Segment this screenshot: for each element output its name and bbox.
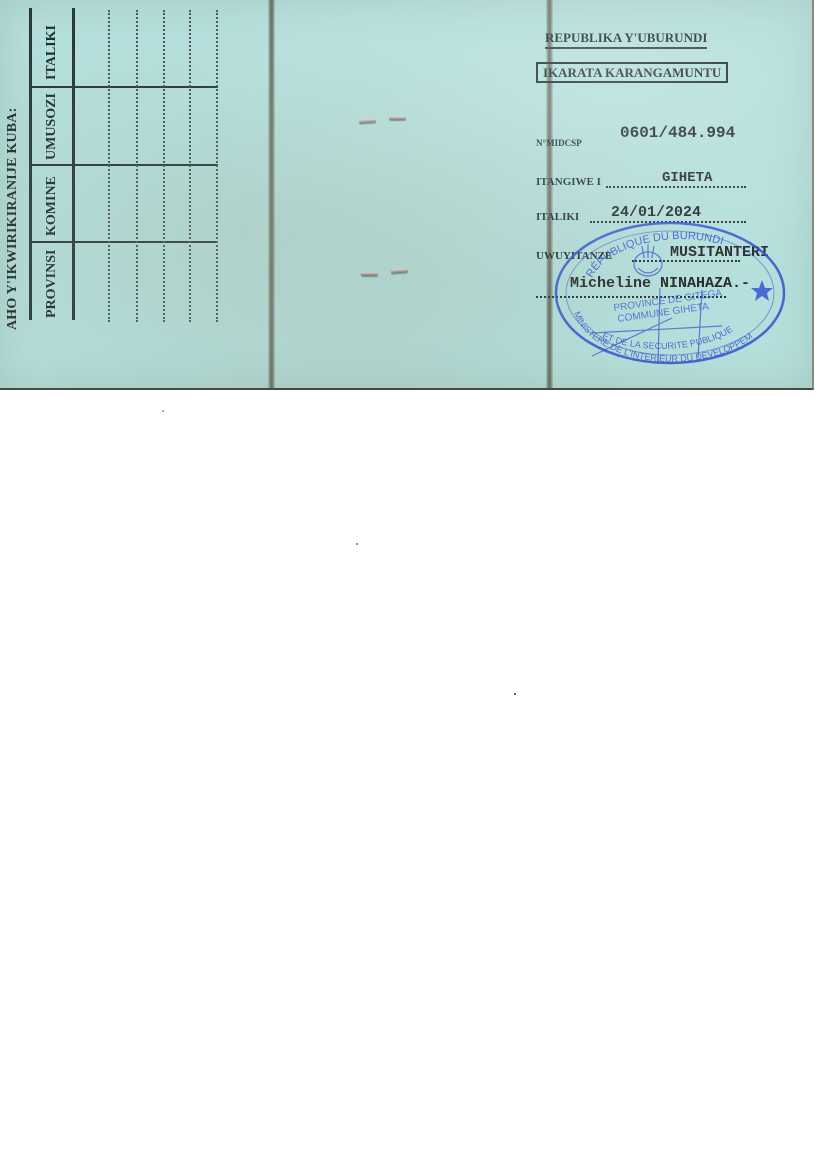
issued-at-line bbox=[606, 186, 746, 188]
issuer-label: UWUYITANZE bbox=[536, 250, 612, 262]
scan-speck bbox=[514, 693, 516, 695]
table-row-line bbox=[108, 10, 110, 322]
country-heading: REPUBLIKA Y'UBURUNDI bbox=[545, 30, 707, 49]
date-label: ITALIKI bbox=[536, 211, 579, 223]
table-row-line bbox=[163, 10, 165, 322]
star-icon bbox=[751, 280, 773, 301]
staple-icon bbox=[391, 268, 408, 273]
residence-table-title: AHO Y'IKWIRIKIRANIJE KUBA: bbox=[5, 108, 21, 330]
issued-at-value: GIHETA bbox=[662, 170, 712, 186]
official-stamp: RÉPUBLIQUE DU BURUNDI PROVINCE DE GITEGA… bbox=[552, 218, 788, 368]
fold-line-right bbox=[546, 0, 553, 388]
staple-icon bbox=[359, 118, 376, 123]
scan-speck bbox=[162, 410, 164, 412]
date-value: 24/01/2024 bbox=[611, 204, 701, 221]
column-header-umusozi: UMUSOZI bbox=[44, 93, 60, 160]
issuer-name: Micheline NINAHAZA.- bbox=[570, 275, 750, 292]
table-row-line bbox=[136, 10, 138, 322]
column-header-komine: KOMINE bbox=[44, 176, 60, 236]
table-row-line bbox=[189, 10, 191, 322]
svg-text:ET DE LA SECURITE PUBLIQUE: ET DE LA SECURITE PUBLIQUE bbox=[601, 324, 734, 351]
signature-line bbox=[536, 296, 726, 298]
signature-scribble bbox=[592, 288, 722, 363]
scan-speck bbox=[356, 543, 358, 545]
number-label: N°MIDCSP bbox=[536, 138, 582, 148]
table-row-line bbox=[216, 10, 218, 322]
fold-line-left bbox=[268, 0, 275, 388]
column-header-provinsi: PROVINSI bbox=[44, 250, 60, 318]
staple-icon bbox=[389, 116, 406, 120]
date-line bbox=[590, 221, 746, 223]
stamp-bottom-text: ET DE LA SECURITE PUBLIQUE bbox=[601, 324, 734, 351]
column-header-italiki: ITALIKI bbox=[44, 25, 60, 80]
stamp-commune: COMMUNE GIHETA bbox=[617, 301, 710, 325]
issuer-title: MUSITANTERI bbox=[670, 244, 769, 261]
card-number: 0601/484.994 bbox=[620, 124, 735, 142]
issued-at-label: ITANGIWE I bbox=[536, 176, 601, 188]
staple-icon bbox=[361, 272, 378, 276]
id-card: AHO Y'IKWIRIKIRANIJE KUBA: PROVINSI KOMI… bbox=[0, 0, 814, 390]
card-title: IKARATA KARANGAMUNTU bbox=[536, 62, 728, 83]
